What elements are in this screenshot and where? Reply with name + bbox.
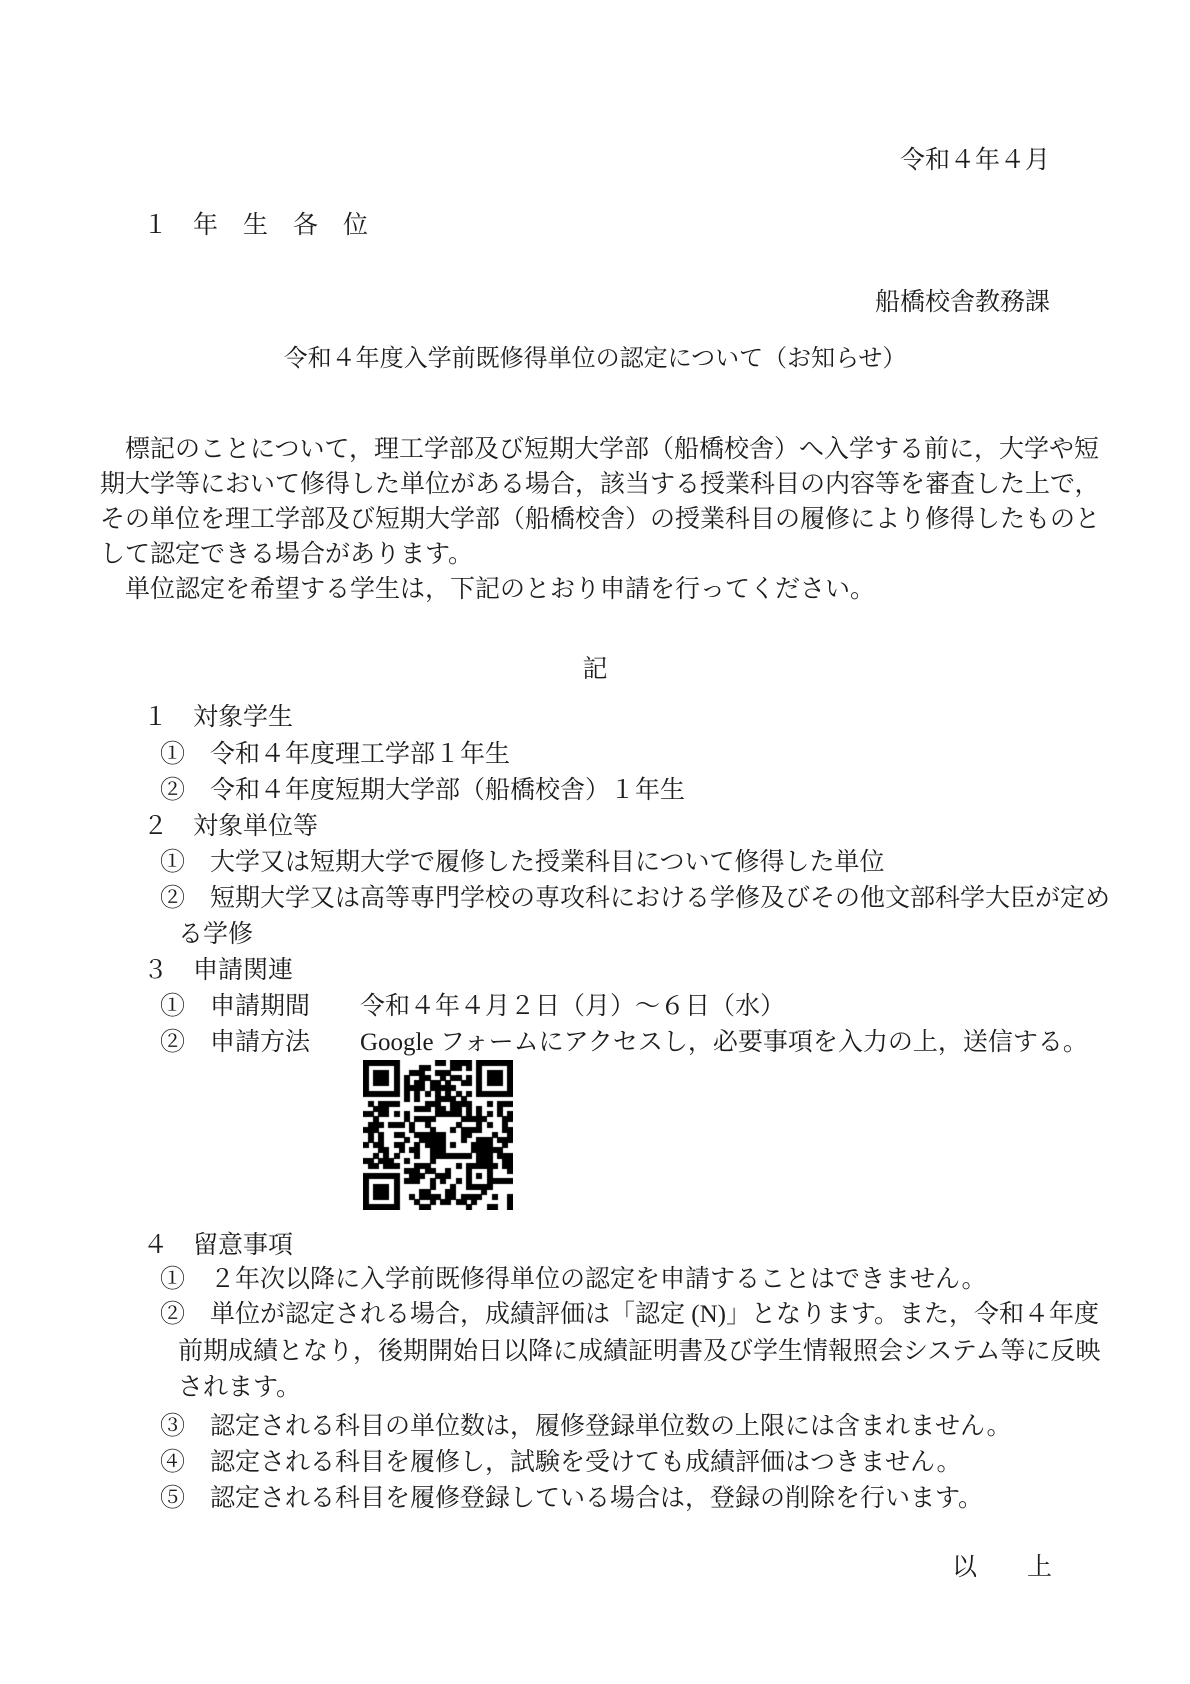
section-3-item-1: ① 申請期間 令和４年４月２日（月）～６日（水） xyxy=(160,992,785,1022)
section-4-item-2-continuation: 前期成績となり，後期開始日以降に成績証明書及び学生情報照会システム等に反映 xyxy=(178,1337,1101,1367)
document-title: 令和４年度入学前既修得単位の認定について（お知らせ） xyxy=(0,344,1190,374)
section-1-item-2: ② 令和４年度短期大学部（船橋校舎）１年生 xyxy=(160,776,685,806)
intro-line: 期大学等において修得した単位がある場合，該当する授業科目の内容等を審査した上で， xyxy=(100,467,1100,502)
section-2-item-1: ① 大学又は短期大学で履修した授業科目について修得した単位 xyxy=(160,848,885,878)
intro-paragraph: 標記のことについて，理工学部及び短期大学部（船橋校舎）へ入学する前に，大学や短 … xyxy=(100,432,1100,607)
section-4-item-1: ① ２年次以降に入学前既修得単位の認定を申請することはできません。 xyxy=(160,1265,987,1295)
closing-mark: 以 上 xyxy=(952,1553,1052,1583)
section-1-item-1: ① 令和４年度理工学部１年生 xyxy=(160,740,510,770)
record-marker: 記 xyxy=(0,655,1190,685)
section-2-item-2-continuation: る学修 xyxy=(178,920,253,950)
section-3-item-2: ② 申請方法 Google フォームにアクセスし，必要事項を入力の上，送信する。 xyxy=(160,1028,1088,1058)
section-2-heading: ２ 対象単位等 xyxy=(143,812,318,842)
recipient-line: １ 年 生 各 位 xyxy=(143,211,368,241)
intro-line: して認定できる場合があります。 xyxy=(100,537,1100,572)
intro-line: 単位認定を希望する学生は，下記のとおり申請を行ってください。 xyxy=(100,572,1100,607)
section-4-heading: ４ 留意事項 xyxy=(143,1231,293,1261)
document-page: 令和４年４月 １ 年 生 各 位 船橋校舎教務課 令和４年度入学前既修得単位の認… xyxy=(0,0,1190,1684)
section-4-item-2: ② 単位が認定される場合，成績評価は「認定 (N)」となります。また，令和４年度 xyxy=(160,1300,1099,1330)
section-4-item-5: ⑤ 認定される科目を履修登録している場合は，登録の削除を行います。 xyxy=(160,1484,983,1514)
section-4-item-3: ③ 認定される科目の単位数は，履修登録単位数の上限には含まれません。 xyxy=(160,1412,1012,1442)
qr-code xyxy=(363,1060,513,1210)
intro-line: その単位を理工学部及び短期大学部（船橋校舎）の授業科目の履修により修得したものと xyxy=(100,502,1100,537)
date-line: 令和４年４月 xyxy=(900,146,1050,176)
section-2-item-2: ② 短期大学又は高等専門学校の専攻科における学修及びその他文部科学大臣が定め xyxy=(160,884,1110,914)
section-4-item-4: ④ 認定される科目を履修し，試験を受けても成績評価はつきません。 xyxy=(160,1448,962,1478)
section-1-heading: １ 対象学生 xyxy=(143,703,293,733)
sender-line: 船橋校舎教務課 xyxy=(875,288,1050,318)
section-3-heading: ３ 申請関連 xyxy=(143,956,293,986)
section-4-item-2-continuation: されます。 xyxy=(178,1373,301,1403)
intro-line: 標記のことについて，理工学部及び短期大学部（船橋校舎）へ入学する前に，大学や短 xyxy=(100,432,1100,467)
